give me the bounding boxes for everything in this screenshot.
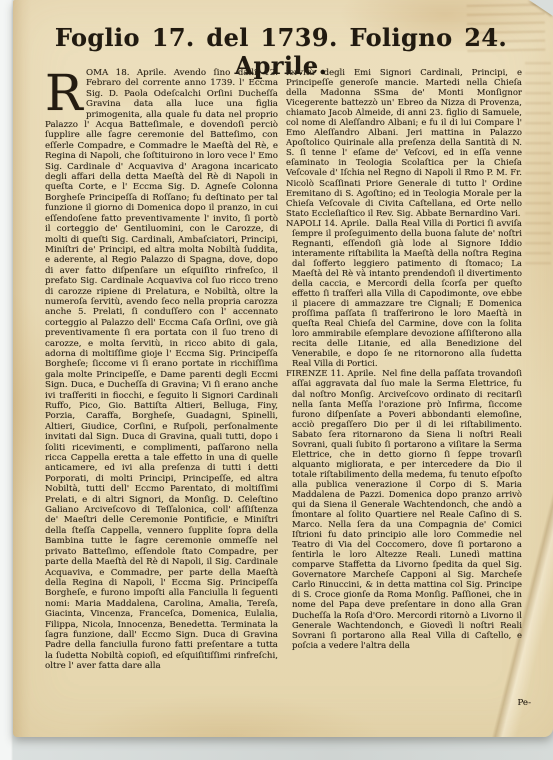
- firenze-dateline: FIRENZE 11. Aprile.: [286, 369, 382, 379]
- drop-cap-R: R: [45, 70, 82, 118]
- roma-article-text: OMA 18. Aprile. Avendo ſino dalli 12. Fe…: [45, 68, 278, 671]
- scan-background: Foglio 17. del 1739. Foligno 24. Aprile.…: [0, 0, 553, 760]
- left-column: ROMA 18. Aprile. Avendo ſino dalli 12. F…: [45, 68, 278, 716]
- roma-article: ROMA 18. Aprile. Avendo ſino dalli 12. F…: [45, 68, 278, 672]
- firenze-article-text: Nel fine della paſſata trovandoſi aſſai …: [292, 369, 522, 650]
- firenze-article: FIRENZE 11. Aprile.Nel fine della paſſat…: [292, 369, 522, 650]
- napoli-article: NAPOLI 14. Aprile.Dalla Real Villa di Po…: [292, 219, 522, 370]
- catchword: Pe-: [481, 698, 531, 708]
- napoli-dateline: NAPOLI 14. Aprile.: [286, 219, 376, 229]
- gazette-page: Foglio 17. del 1739. Foligno 24. Aprile.…: [13, 0, 553, 737]
- roma-article-continuation: ſervitù degli Emi Signori Cardinali, Pri…: [286, 68, 522, 219]
- show-through-texture-right: [525, 62, 551, 272]
- napoli-article-text: Dalla Real Villa di Portici ſi avviſa ſe…: [292, 219, 522, 370]
- right-column: ſervitù degli Emi Signori Cardinali, Pri…: [286, 68, 522, 702]
- page-corner-fold: [529, 0, 553, 16]
